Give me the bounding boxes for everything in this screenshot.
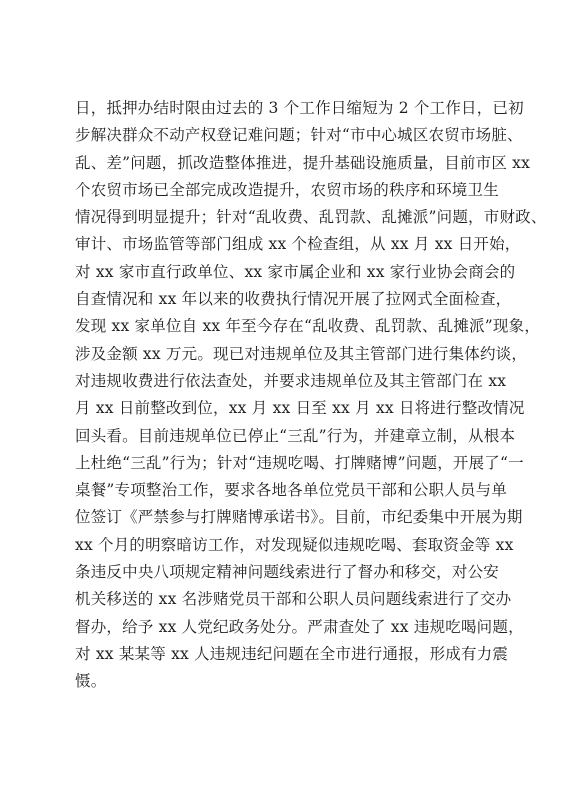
text-line: 慑。 [75, 668, 499, 695]
text-line: 涉及金额 xx 万元。现已对违规单位及其主管部门进行集体约谈， [75, 341, 499, 368]
text-line: 月 xx 日前整改到位，xx 月 xx 日至 xx 月 xx 日将进行整改情况 [75, 395, 499, 422]
text-line: 步解决群众不动产权登记难问题；针对“市中心城区农贸市场脏、 [75, 122, 499, 149]
text-line: 乱、差”问题，抓改造整体推进，提升基础设施质量，目前市区 xx [75, 150, 499, 177]
text-line: 桌餐”专项整治工作，要求各地各单位党员干部和公职人员与单 [75, 477, 499, 504]
text-line: 对 xx 某某等 xx 人违规违纪问题在全市进行通报，形成有力震 [75, 641, 499, 668]
text-line: 对违规收费进行依法查处，并要求违规单位及其主管部门在 xx [75, 368, 499, 395]
text-line: 个农贸市场已全部完成改造提升，农贸市场的秩序和环境卫生 [75, 177, 499, 204]
text-line: 上杜绝“三乱”行为；针对“违规吃喝、打牌赌博”问题，开展了“一 [75, 450, 499, 477]
text-line: 位签订《严禁参与打牌赌博承诺书》。目前，市纪委集中开展为期 [75, 504, 499, 531]
text-line: 机关移送的 xx 名涉赌党员干部和公职人员问题线索进行了交办 [75, 586, 499, 613]
document-page: 日，抵押办结时限由过去的 3 个工作日缩短为 2 个工作日，已初步解决群众不动产… [0, 0, 570, 807]
text-line: 回头看。目前违规单位已停止“三乱”行为，并建章立制，从根本 [75, 423, 499, 450]
text-line: 发现 xx 家单位自 xx 年至今存在“乱收费、乱罚款、乱摊派”现象， [75, 313, 499, 340]
text-line: 情况得到明显提升；针对“乱收费、乱罚款、乱摊派”问题，市财政、 [75, 204, 499, 231]
body-paragraph: 日，抵押办结时限由过去的 3 个工作日缩短为 2 个工作日，已初步解决群众不动产… [75, 95, 499, 696]
text-line: xx 个月的明察暗访工作，对发现疑似违规吃喝、套取资金等 xx [75, 532, 499, 559]
text-line: 对 xx 家市直行政单位、xx 家市属企业和 xx 家行业协会商会的 [75, 259, 499, 286]
text-line: 条违反中央八项规定精神问题线索进行了督办和移交，对公安 [75, 559, 499, 586]
text-line: 审计、市场监管等部门组成 xx 个检查组，从 xx 月 xx 日开始， [75, 231, 499, 258]
text-line: 日，抵押办结时限由过去的 3 个工作日缩短为 2 个工作日，已初 [75, 95, 499, 122]
text-line: 督办，给予 xx 人党纪政务处分。严肃查处了 xx 违规吃喝问题， [75, 614, 499, 641]
text-line: 自查情况和 xx 年以来的收费执行情况开展了拉网式全面检查， [75, 286, 499, 313]
